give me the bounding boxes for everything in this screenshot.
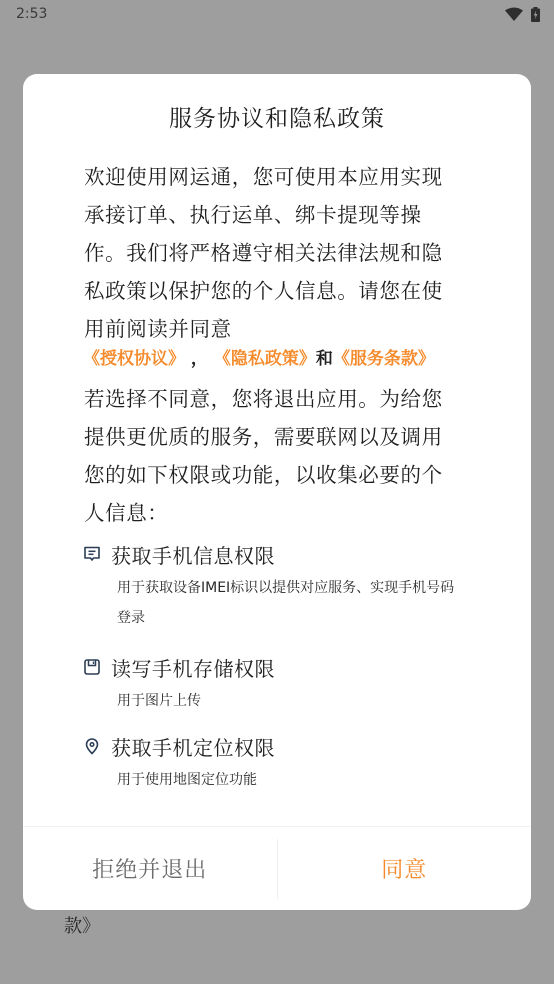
wifi-icon: [505, 7, 523, 21]
permission-title: 获取手机信息权限: [111, 540, 275, 569]
battery-charging-icon: [531, 7, 540, 22]
agree-button[interactable]: 同意: [278, 827, 532, 910]
link-separator: ，: [191, 349, 208, 369]
permission-desc: 用于获取设备IMEI标识以提供对应服务、实现手机号码登录: [117, 573, 462, 633]
status-icons: [505, 7, 540, 22]
dialog-footer: 拒绝并退出 同意: [23, 827, 531, 910]
status-bar: 2:53: [0, 0, 554, 28]
permission-desc: 用于使用地图定位功能: [117, 765, 462, 795]
intro-text: 欢迎使用网运通，您可使用本应用实现承接订单、执行运单、绑卡提现等操作。我们将严格…: [84, 158, 456, 348]
auth-agreement-link[interactable]: 《授权协议》: [83, 349, 185, 369]
privacy-dialog: 服务协议和隐私政策 欢迎使用网运通，您可使用本应用实现承接订单、执行运单、绑卡提…: [23, 74, 531, 910]
permission-location: 获取手机定位权限 用于使用地图定位功能: [83, 730, 462, 795]
notice-text: 若选择不同意，您将退出应用。为给您提供更优质的服务，需要联网以及调用您的如下权限…: [84, 380, 456, 532]
permission-title: 获取手机定位权限: [111, 732, 275, 761]
status-time: 2:53: [16, 6, 47, 22]
location-icon: [83, 737, 101, 755]
link-and: 和: [316, 349, 333, 369]
permission-title: 读写手机存储权限: [111, 653, 275, 682]
service-terms-link[interactable]: 《服务条款》: [333, 349, 435, 369]
storage-icon: [83, 658, 101, 676]
reject-exit-button[interactable]: 拒绝并退出: [23, 827, 277, 910]
permission-storage: 读写手机存储权限 用于图片上传: [83, 651, 462, 716]
agreement-links: 《授权协议》 ， 《隐私政策》和《服务条款》: [83, 344, 463, 374]
privacy-policy-link[interactable]: 《隐私政策》: [214, 349, 316, 369]
message-icon: [83, 545, 101, 563]
permission-desc: 用于图片上传: [117, 686, 462, 716]
permission-phone-info: 获取手机信息权限 用于获取设备IMEI标识以提供对应服务、实现手机号码登录: [83, 538, 462, 633]
background-partial-text: 款》: [64, 912, 100, 938]
dialog-title: 服务协议和隐私政策: [23, 100, 531, 133]
